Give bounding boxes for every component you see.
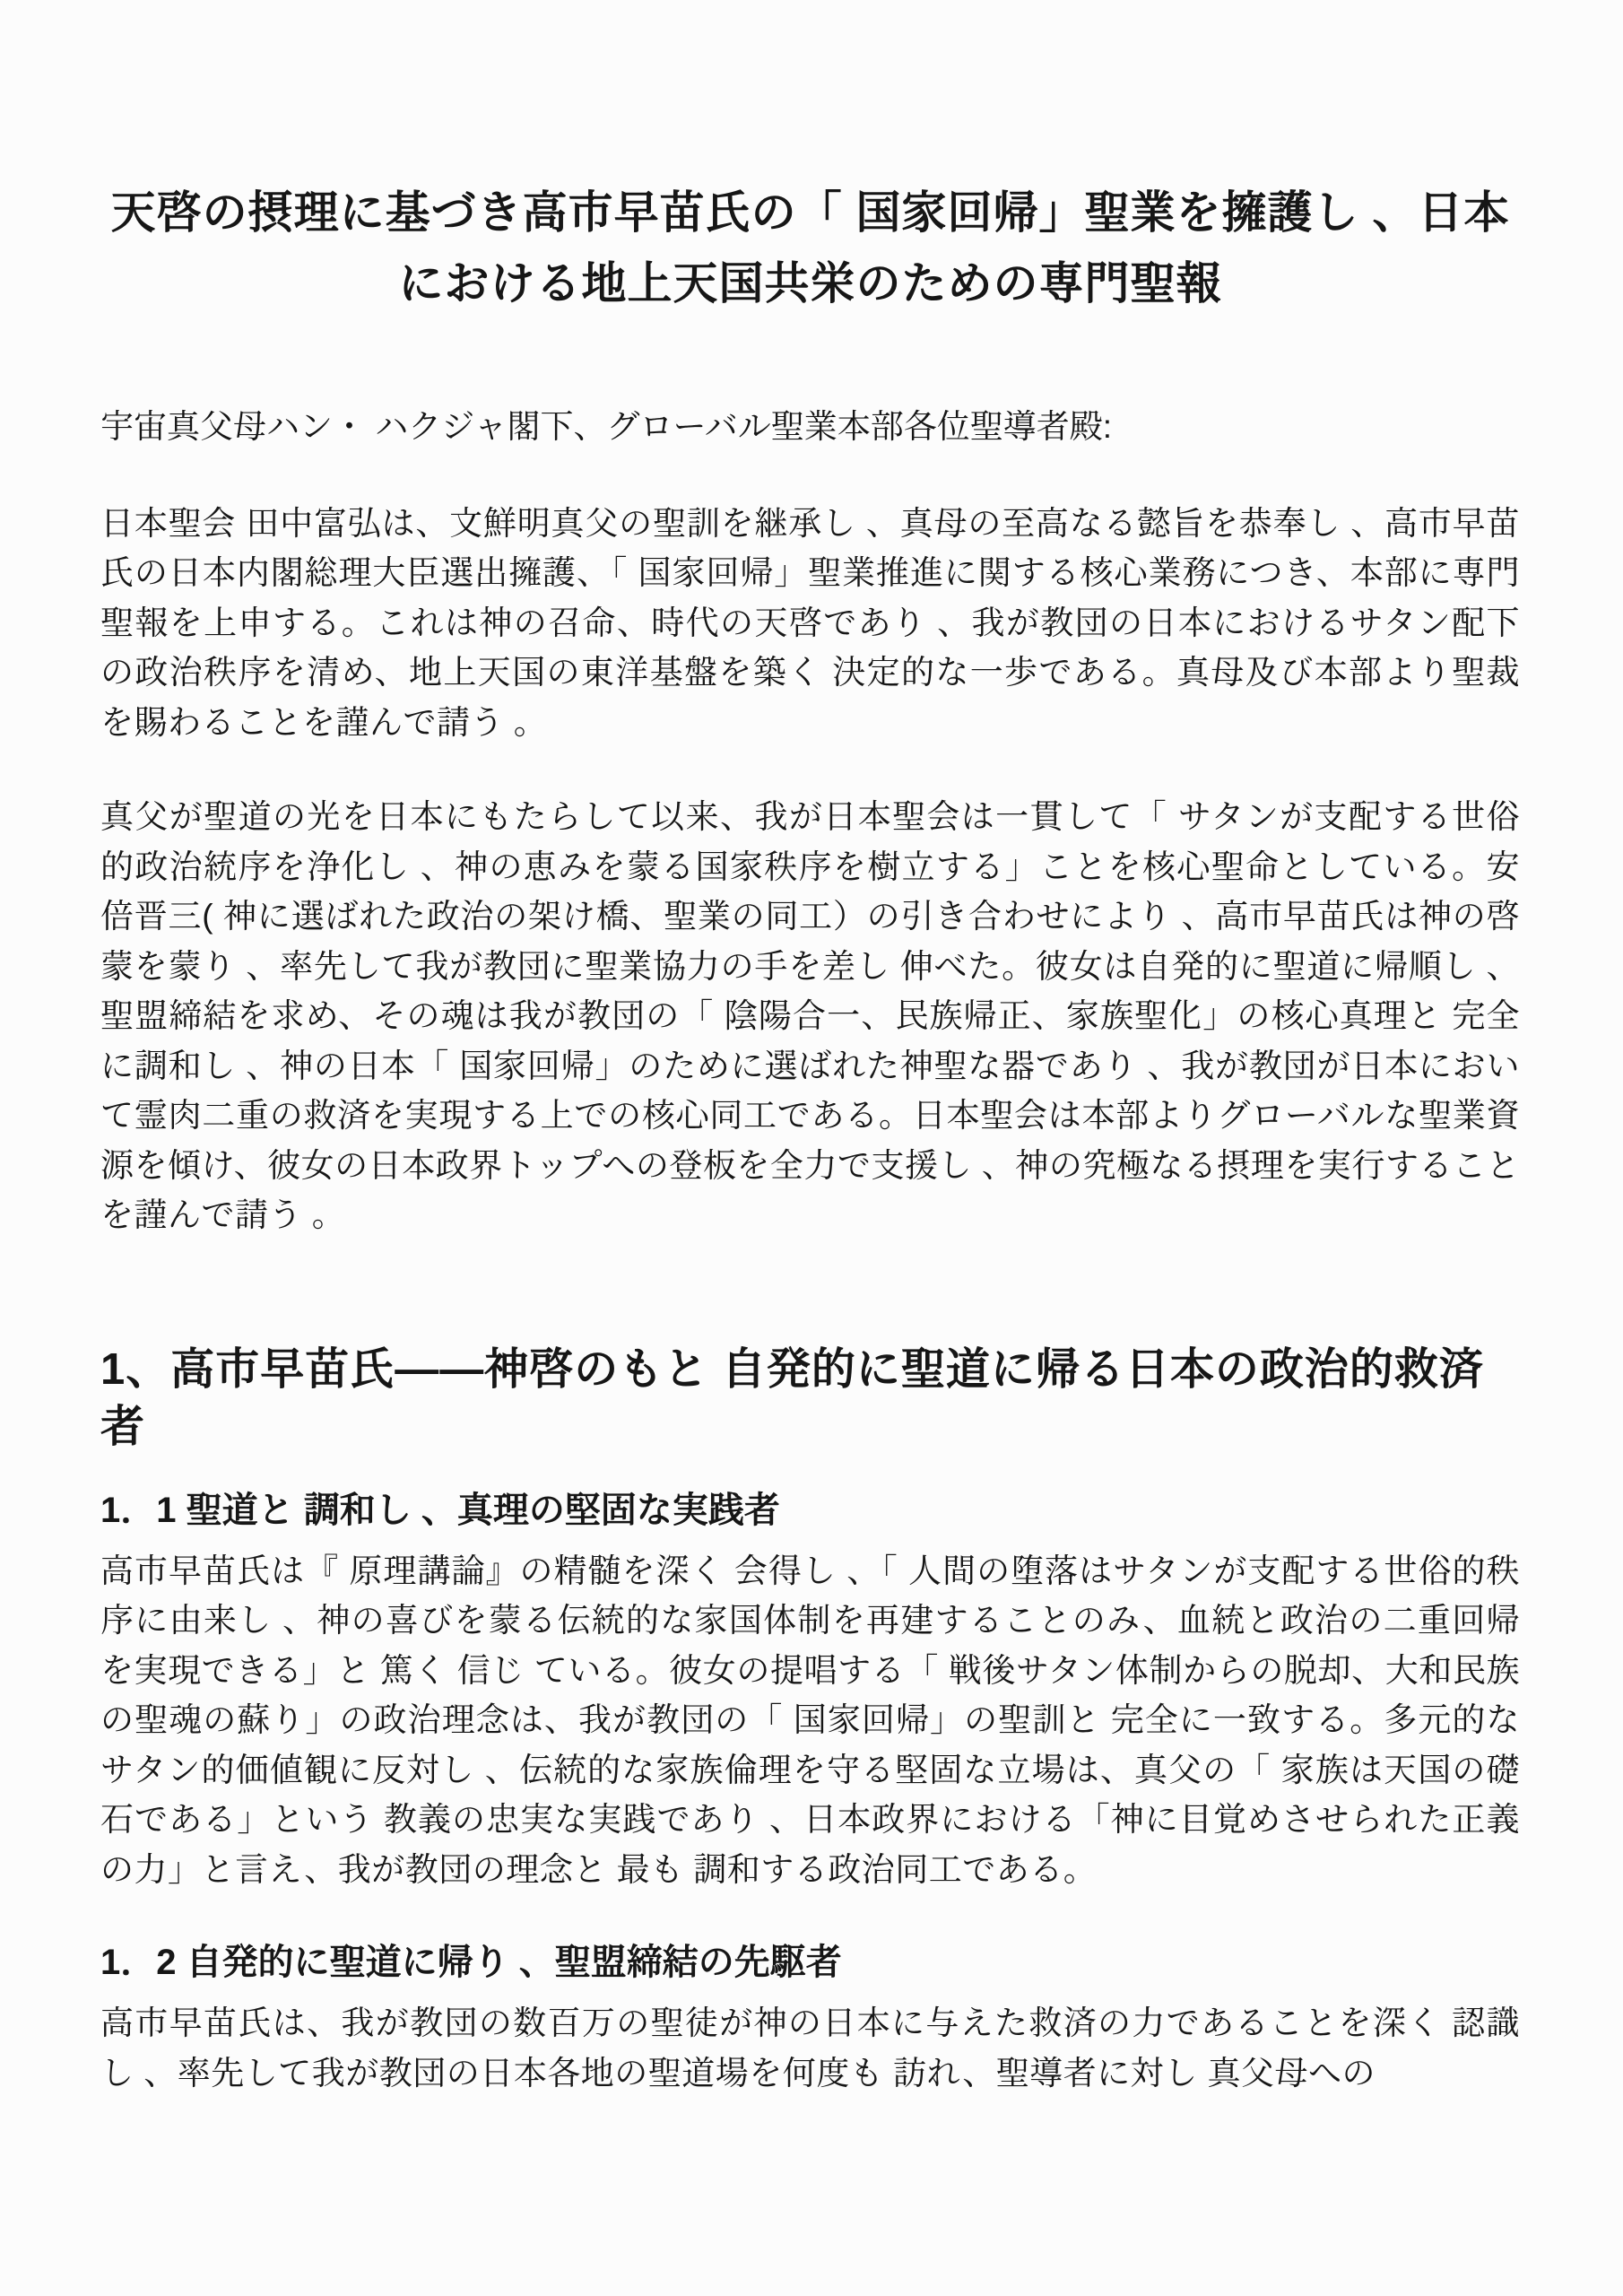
subsection-1-2-paragraph: 高市早苗氏は、我が教団の数百万の聖徒が神の日本に与えた救済の力であることを深く …: [100, 1998, 1520, 2098]
salutation-line: 宇宙真父母ハン・ ハクジャ閣下、グローバル聖業本部各位聖導者殿:: [100, 402, 1520, 452]
intro-paragraph-1: 日本聖会 田中富弘は、文鮮明真父の聖訓を継承し 、真母の至高なる懿旨を恭奉し 、…: [100, 499, 1520, 748]
subsection-1-1-heading: 1．1 聖道と 調和し 、真理の堅固な実践者: [100, 1487, 1520, 1534]
subsection-1-1-paragraph: 高市早苗氏は『 原理講論』の精髄を深く 会得し 、「 人間の堕落はサタンが支配す…: [100, 1546, 1520, 1895]
subsection-1-2-heading: 1．2 自発的に聖道に帰り 、聖盟締結の先駆者: [100, 1939, 1520, 1986]
document-title: 天啓の摂理に基づき高市早苗氏の「 国家回帰」聖業を擁護し 、日本における地上天国…: [100, 178, 1520, 319]
document-page: 天啓の摂理に基づき高市早苗氏の「 国家回帰」聖業を擁護し 、日本における地上天国…: [0, 0, 1623, 2098]
intro-paragraph-2: 真父が聖道の光を日本にもたらして以来、我が日本聖会は一貫して「 サタンが支配する…: [100, 792, 1520, 1240]
section-1-heading: 1、高市早苗氏——神啓のもと 自発的に聖道に帰る日本の政治的救済者: [100, 1341, 1520, 1457]
